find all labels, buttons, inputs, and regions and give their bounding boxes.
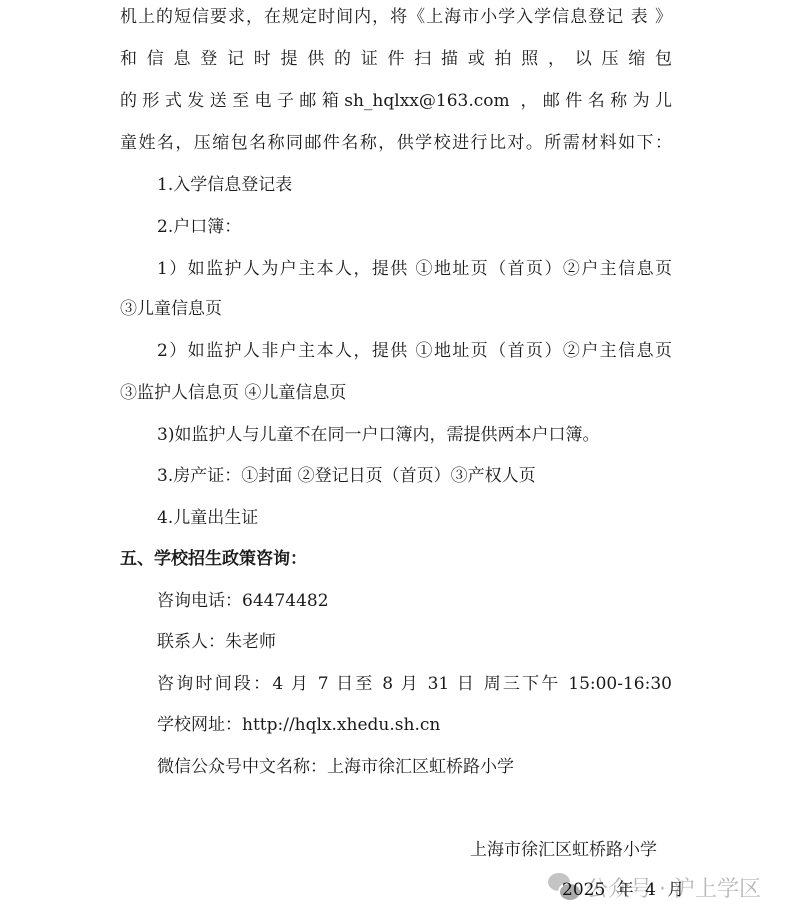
contact-phone: 咨询电话：64474482 bbox=[157, 590, 672, 612]
signature-school: 上海市徐汇区虹桥路小学 bbox=[470, 839, 657, 861]
wechat-account-name: 微信公众号中文名称：上海市徐汇区虹桥路小学 bbox=[157, 756, 672, 778]
material-item-2-sub2-line2: ③监护人信息页 ④儿童信息页 bbox=[120, 382, 672, 404]
material-item-1: 1.入学信息登记表 bbox=[157, 174, 672, 196]
paragraph-line-1: 机上的短信要求，在规定时间内，将《上海市小学入学信息登记 表 》 bbox=[120, 6, 672, 28]
material-item-2-sub1-line1: 1）如监护人为户主本人，提供 ①地址页（首页）②户主信息页 bbox=[157, 258, 672, 280]
material-item-2: 2.户口簿： bbox=[157, 216, 672, 238]
material-item-2-sub2-line1: 2）如监护人非户主本人，提供 ①地址页（首页）②户主信息页 bbox=[157, 340, 672, 362]
paragraph-line-2: 和信息登记时提供的证件扫描或拍照，以压缩包 bbox=[120, 48, 672, 70]
paragraph-line-4: 童姓名，压缩包名称同邮件名称，供学校进行比对。所需材料如下： bbox=[120, 132, 672, 154]
material-item-2-sub1-line2: ③儿童信息页 bbox=[120, 298, 672, 320]
consult-hours: 咨询时间段：4 月 7 日至 8 月 31 日 周三下午 15:00-16:30 bbox=[157, 673, 672, 695]
school-website: 学校网址：http://hqlx.xhedu.sh.cn bbox=[157, 714, 672, 736]
paragraph-line-3: 的形式发送至电子邮箱sh_hqlxx@163.com ，邮件名称为儿 bbox=[120, 90, 672, 112]
material-item-3: 3.房产证：①封面 ②登记日页（首页）③产权人页 bbox=[157, 465, 672, 487]
contact-person: 联系人：朱老师 bbox=[157, 631, 672, 653]
material-item-4: 4.儿童出生证 bbox=[157, 507, 672, 529]
material-item-2-sub3: 3)如监护人与儿童不在同一户口簿内，需提供两本户口簿。 bbox=[157, 424, 672, 446]
section-5-heading: 五、学校招生政策咨询： bbox=[120, 548, 672, 570]
signature-date: 2025 年 4 月 bbox=[562, 879, 684, 901]
